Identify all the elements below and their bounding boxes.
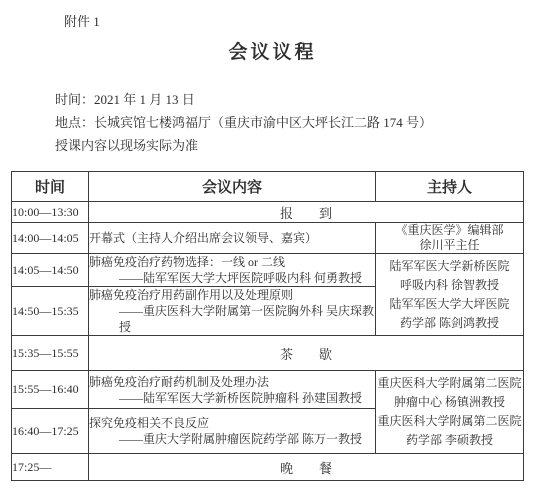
- session12-host-line-4: 药学部 陈剑鸿教授: [376, 314, 523, 333]
- session3-content: 肺癌免疫治疗耐药机制及处理办法 ——陆军军医大学新桥医院肿瘤科 孙建国教授: [89, 371, 376, 409]
- info-line-note: 授课内容以现场实际为准: [55, 134, 545, 157]
- session12-hosts: 陆军军医大学新桥医院 呼吸内科 徐智教授 陆军军医大学大坪医院 药学部 陈剑鸿教…: [376, 254, 524, 336]
- session4-content: 探究免疫相关不良反应 ——重庆大学附属肿瘤医院药学部 陈万一教授: [89, 409, 376, 454]
- session34-host-line-2: 肿瘤中心 杨镇洲教授: [376, 393, 523, 412]
- session2-content: 肺癌免疫治疗用药副作用以及处理原则 ——重庆医科大学附属第一医院胸外科 吴庆琛教…: [89, 287, 376, 336]
- session3-topic: 肺癌免疫治疗耐药机制及处理办法: [89, 374, 375, 390]
- session2-topic: 肺癌免疫治疗用药副作用以及处理原则: [89, 287, 375, 303]
- document-page: 附件 1 会议议程 时间：2021 年 1 月 13 日 地点：长城宾馆七楼鸿福…: [0, 0, 545, 498]
- opening-content: 开幕式（主持人介绍出席会议领导、嘉宾）: [89, 223, 376, 254]
- attachment-label: 附件 1: [64, 0, 545, 30]
- session34-host-line-1: 重庆医科大学附属第二医院: [376, 374, 523, 393]
- session34-host-line-4: 药学部 李硕教授: [376, 431, 523, 450]
- row-opening: 14:00—14:05 开幕式（主持人介绍出席会议领导、嘉宾） 《重庆医学》编辑…: [12, 223, 524, 254]
- opening-host-line-1: 《重庆医学》编辑部: [376, 223, 523, 238]
- session34-hosts: 重庆医科大学附属第二医院 肿瘤中心 杨镇洲教授 重庆医科大学附属第二医院 药学部…: [376, 371, 524, 454]
- tea-break-time: 15:35—15:55: [12, 336, 89, 371]
- header-host: 主持人: [376, 172, 524, 202]
- session2-speaker: ——重庆医科大学附属第一医院胸外科 吴庆琛教授: [89, 303, 375, 335]
- info-line-location: 地点：长城宾馆七楼鸿福厅（重庆市渝中区大坪长江二路 174 号）: [55, 111, 545, 134]
- opening-time: 14:00—14:05: [12, 223, 89, 254]
- session1-content: 肺癌免疫治疗药物选择：一线 or 二线 ——陆军军医大学大坪医院呼吸内科 何勇教…: [89, 254, 376, 287]
- session12-host-line-3: 陆军军医大学大坪医院: [376, 295, 523, 314]
- agenda-table: 时间 会议内容 主持人 10:00—13:30 报 到 14:00—14:05 …: [11, 171, 524, 481]
- dinner-time: 17:25—: [12, 454, 89, 481]
- row-tea-break: 15:35—15:55 茶 歇: [12, 336, 524, 371]
- session4-speaker: ——重庆大学附属肿瘤医院药学部 陈万一教授: [89, 431, 375, 447]
- table-header-row: 时间 会议内容 主持人: [12, 172, 524, 202]
- info-line-time: 时间：2021 年 1 月 13 日: [55, 88, 545, 111]
- session12-host-line-1: 陆军军医大学新桥医院: [376, 257, 523, 276]
- session34-host-line-3: 重庆医科大学附属第二医院: [376, 412, 523, 431]
- tea-break-label: 茶 歇: [89, 336, 524, 371]
- opening-host: 《重庆医学》编辑部 徐川平主任: [376, 223, 524, 254]
- row-dinner: 17:25— 晚 餐: [12, 454, 524, 481]
- registration-label: 报 到: [89, 202, 524, 223]
- opening-host-line-2: 徐川平主任: [376, 238, 523, 253]
- dinner-label: 晚 餐: [89, 454, 524, 481]
- row-session1: 14:05—14:50 肺癌免疫治疗药物选择：一线 or 二线 ——陆军军医大学…: [12, 254, 524, 287]
- session2-time: 14:50—15:35: [12, 287, 89, 336]
- session1-time: 14:05—14:50: [12, 254, 89, 287]
- page-title: 会议议程: [0, 42, 545, 64]
- row-session3: 15:55—16:40 肺癌免疫治疗耐药机制及处理办法 ——陆军军医大学新桥医院…: [12, 371, 524, 409]
- meeting-info: 时间：2021 年 1 月 13 日 地点：长城宾馆七楼鸿福厅（重庆市渝中区大坪…: [55, 88, 545, 157]
- session4-time: 16:40—17:25: [12, 409, 89, 454]
- header-content: 会议内容: [89, 172, 376, 202]
- row-registration: 10:00—13:30 报 到: [12, 202, 524, 223]
- session4-topic: 探究免疫相关不良反应: [89, 415, 375, 431]
- registration-time: 10:00—13:30: [12, 202, 89, 223]
- session12-host-line-2: 呼吸内科 徐智教授: [376, 276, 523, 295]
- header-time: 时间: [12, 172, 89, 202]
- session1-topic: 肺癌免疫治疗药物选择：一线 or 二线: [89, 254, 375, 270]
- session3-speaker: ——陆军军医大学新桥医院肿瘤科 孙建国教授: [89, 390, 375, 406]
- session1-speaker: ——陆军军医大学大坪医院呼吸内科 何勇教授: [89, 270, 375, 286]
- session3-time: 15:55—16:40: [12, 371, 89, 409]
